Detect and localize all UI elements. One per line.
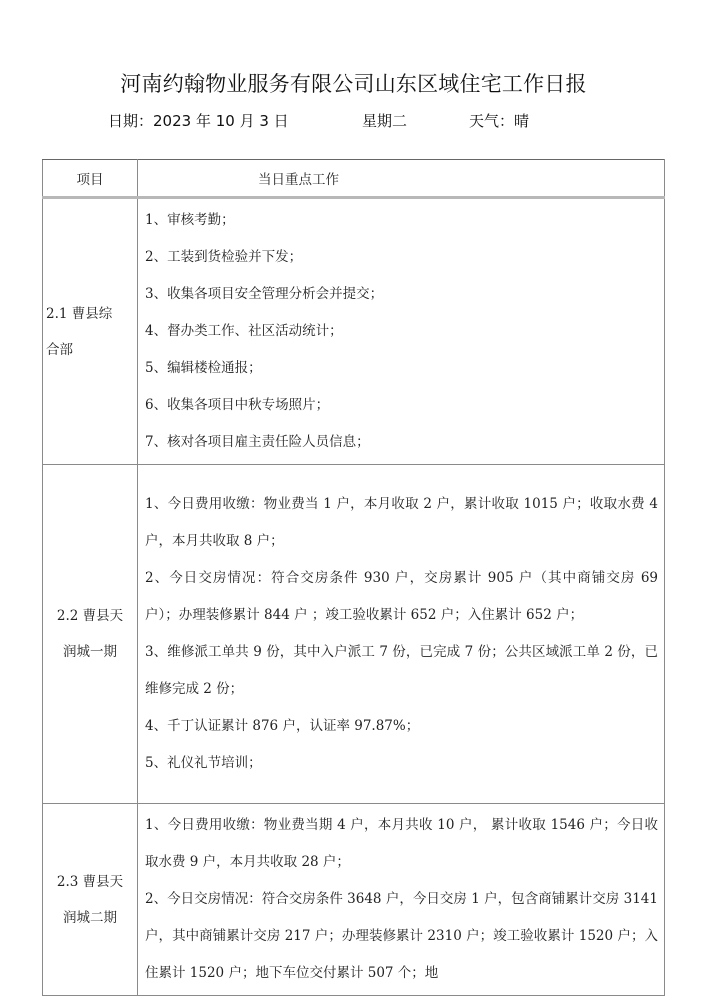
project-name-line: 2.2 曹县天 [47, 598, 133, 634]
work-item: 5、编辑楼检通报； [145, 350, 658, 387]
work-items-cell: 1、今日费用收缴：物业费当期 4 户，本月共收 10 户， 累计收取 1546 … [138, 804, 665, 996]
work-item: 3、收集各项目安全管理分析会并提交； [145, 276, 658, 313]
work-item: 6、收集各项目中秋专场照片； [145, 387, 658, 424]
project-name-line: 合部 [46, 332, 133, 368]
report-title: 河南约翰物业服务有限公司山东区域住宅工作日报 [0, 68, 707, 98]
table-row: 2.1 曹县综 合部 1、审核考勤； 2、工装到货检验并下发； 3、收集各项目安… [43, 198, 665, 465]
report-weather: 天气：晴 [469, 110, 529, 131]
work-item: 7、核对各项目雇主责任险人员信息； [145, 424, 658, 461]
daily-work-table: 项目 当日重点工作 2.1 曹县综 合部 1、审核考勤； 2、工装到货检验并下发… [42, 159, 665, 996]
table-row: 2.3 曹县天 润城二期 1、今日费用收缴：物业费当期 4 户，本月共收 10 … [43, 804, 665, 996]
project-name-cell: 2.2 曹县天 润城一期 [43, 465, 138, 804]
table-header-row: 项目 当日重点工作 [43, 160, 665, 198]
project-name-line: 润城一期 [47, 634, 133, 670]
work-item: 2、今日交房情况：符合交房条件 930 户，交房累计 905 户（其中商铺交房 … [145, 560, 658, 634]
work-item: 2、工装到货检验并下发； [145, 239, 658, 276]
table-row: 2.2 曹县天 润城一期 1、今日费用收缴：物业费当 1 户，本月收取 2 户，… [43, 465, 665, 804]
work-item: 5、礼仪礼节培训； [145, 745, 658, 782]
work-items-cell: 1、审核考勤； 2、工装到货检验并下发； 3、收集各项目安全管理分析会并提交； … [138, 198, 665, 465]
project-name-cell: 2.1 曹县综 合部 [43, 198, 138, 465]
work-items-cell: 1、今日费用收缴：物业费当 1 户，本月收取 2 户，累计收取 1015 户；收… [138, 465, 665, 804]
report-weekday: 星期二 [362, 110, 407, 131]
project-name-line: 润城二期 [47, 900, 133, 936]
column-header-key-work: 当日重点工作 [138, 160, 665, 198]
work-item: 1、今日费用收缴：物业费当期 4 户，本月共收 10 户， 累计收取 1546 … [145, 807, 658, 881]
work-item: 4、督办类工作、社区活动统计； [145, 313, 658, 350]
work-item: 1、审核考勤； [145, 202, 658, 239]
project-name-line: 2.1 曹县综 [46, 296, 133, 332]
report-date: 日期：2023 年 10 月 3 日 [108, 110, 289, 131]
work-item: 3、维修派工单共 9 份，其中入户派工 7 份，已完成 7 份；公共区域派工单 … [145, 634, 658, 708]
project-name-cell: 2.3 曹县天 润城二期 [43, 804, 138, 996]
work-item: 2、今日交房情况：符合交房条件 3648 户，今日交房 1 户，包含商铺累计交房… [145, 881, 658, 992]
project-name-line: 2.3 曹县天 [47, 864, 133, 900]
work-item: 1、今日费用收缴：物业费当 1 户，本月收取 2 户，累计收取 1015 户；收… [145, 486, 658, 560]
column-header-project: 项目 [43, 160, 138, 198]
work-item: 4、千丁认证累计 876 户，认证率 97.87%； [145, 708, 658, 745]
